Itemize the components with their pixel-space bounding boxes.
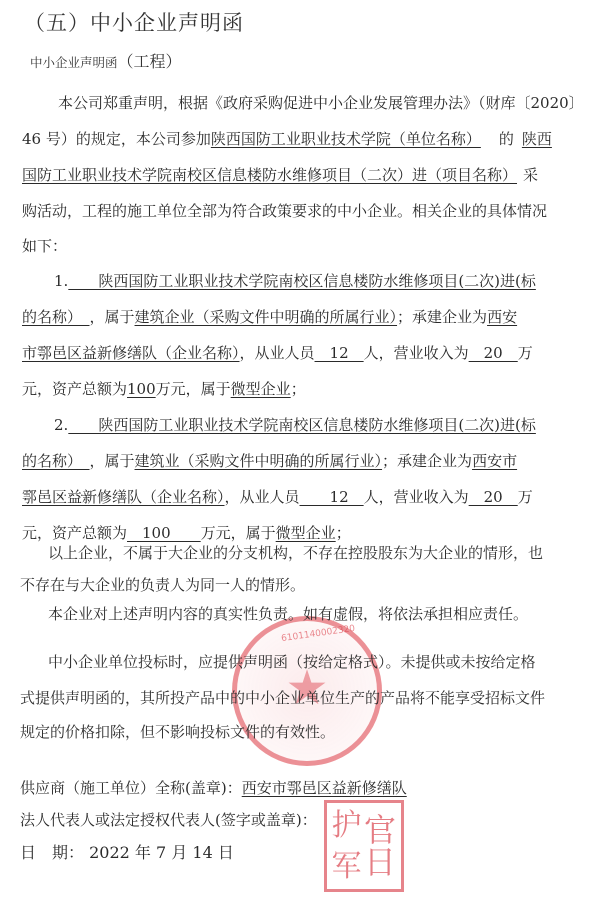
enterprise-name: 市鄠邑区益新修缮队（企业名称） bbox=[22, 344, 240, 362]
subtitle-suffix: （工程） bbox=[118, 52, 182, 71]
document-subtitle: 中小企业声明函（工程） bbox=[30, 49, 182, 72]
industry: 建筑企业（采购文件中明确的所属行业） bbox=[135, 308, 398, 326]
revenue: 20 bbox=[469, 488, 518, 506]
note-line-2: 式提供声明函的，其所投产品中的中小企业单位生产的产品将不能享受招标文件 bbox=[20, 688, 545, 708]
seal-char: 军 bbox=[329, 846, 364, 887]
supplier-label: 供应商（施工单位）全称(盖章)： bbox=[20, 779, 242, 797]
employee-count: 12 bbox=[300, 488, 364, 506]
ellipsis: ……… bbox=[56, 486, 92, 499]
total-assets: 100 bbox=[127, 380, 156, 398]
statement-line-2: 不存在与大企业的负责人为同一人的情形。 bbox=[20, 575, 305, 595]
supplier-name: 西安市鄠邑区益新修缮队 bbox=[242, 779, 407, 797]
seal-char: 护 bbox=[329, 805, 364, 846]
intro-line-5: 如下： bbox=[22, 236, 67, 256]
revenue: 20 bbox=[469, 344, 518, 362]
unit-name: 陕西国防工业职业技术学院（单位名称） bbox=[211, 130, 481, 148]
intro-line-4: 购活动，工程的施工单位全部为符合政策要求的中小企业。相关企业的具体情况 bbox=[22, 201, 547, 221]
personal-name-seal: 护 官日 军 bbox=[324, 800, 404, 892]
employee-count: 12 bbox=[315, 344, 364, 362]
intro-line-1: 本公司郑重声明，根据《政府采购促进中小企业发展管理办法》（财库〔2020〕 bbox=[58, 93, 584, 113]
seal-ring-text: 6101140002320 bbox=[281, 624, 356, 644]
supplier-line: 供应商（施工单位）全称(盖章)：西安市鄠邑区益新修缮队 bbox=[20, 778, 407, 798]
statement-line-1: 以上企业，不属于大企业的分支机构，不存在控股股东为大企业的情形，也 bbox=[48, 543, 543, 563]
note-line-1: 中小企业单位投标时，应提供声明函（按给定格式）。未提供或未按给定格 bbox=[48, 652, 536, 672]
note-line-3: 规定的价格扣除，但不影响投标文件的有效性。 bbox=[20, 722, 335, 742]
date-year: 2022 bbox=[89, 843, 130, 862]
intro-line-2: 46 号）的规定，本公司参加陕西国防工业职业技术学院（单位名称）的陕西 bbox=[22, 129, 552, 149]
date-month: 7 bbox=[156, 843, 166, 862]
intro-line-3: 国防工业职业技术学院南校区信息楼防水维修项目（二次）进（项目名称）采 bbox=[22, 165, 538, 185]
enterprise-type: 微型企业 bbox=[231, 380, 291, 398]
industry: 建筑业（采购文件中明确的所属行业） bbox=[135, 452, 383, 470]
subtitle-prefix: 中小企业声明函 bbox=[30, 55, 118, 70]
enterprise-type: 微型企业 bbox=[276, 524, 336, 542]
representative-label: 法人代表人或法定授权代表人(签字或盖章)： bbox=[20, 810, 317, 830]
enterprise-name: 鄠邑区益新修缮队（企业名称） bbox=[22, 488, 225, 506]
date-line: 日 期： 2022 年 7 月 14 日 bbox=[20, 843, 234, 863]
date-day: 14 bbox=[192, 843, 212, 862]
section-title: （五）中小企业声明函 bbox=[24, 7, 244, 37]
statement-line-3: 本企业对上述声明内容的真实性负责。如有虚假，将依法承担相应责任。 bbox=[48, 604, 528, 624]
project-name: 国防工业职业技术学院南校区信息楼防水维修项目（二次）进（项目名称） bbox=[22, 166, 517, 184]
total-assets: 100 bbox=[127, 524, 201, 542]
seal-char: 官日 bbox=[364, 805, 399, 887]
